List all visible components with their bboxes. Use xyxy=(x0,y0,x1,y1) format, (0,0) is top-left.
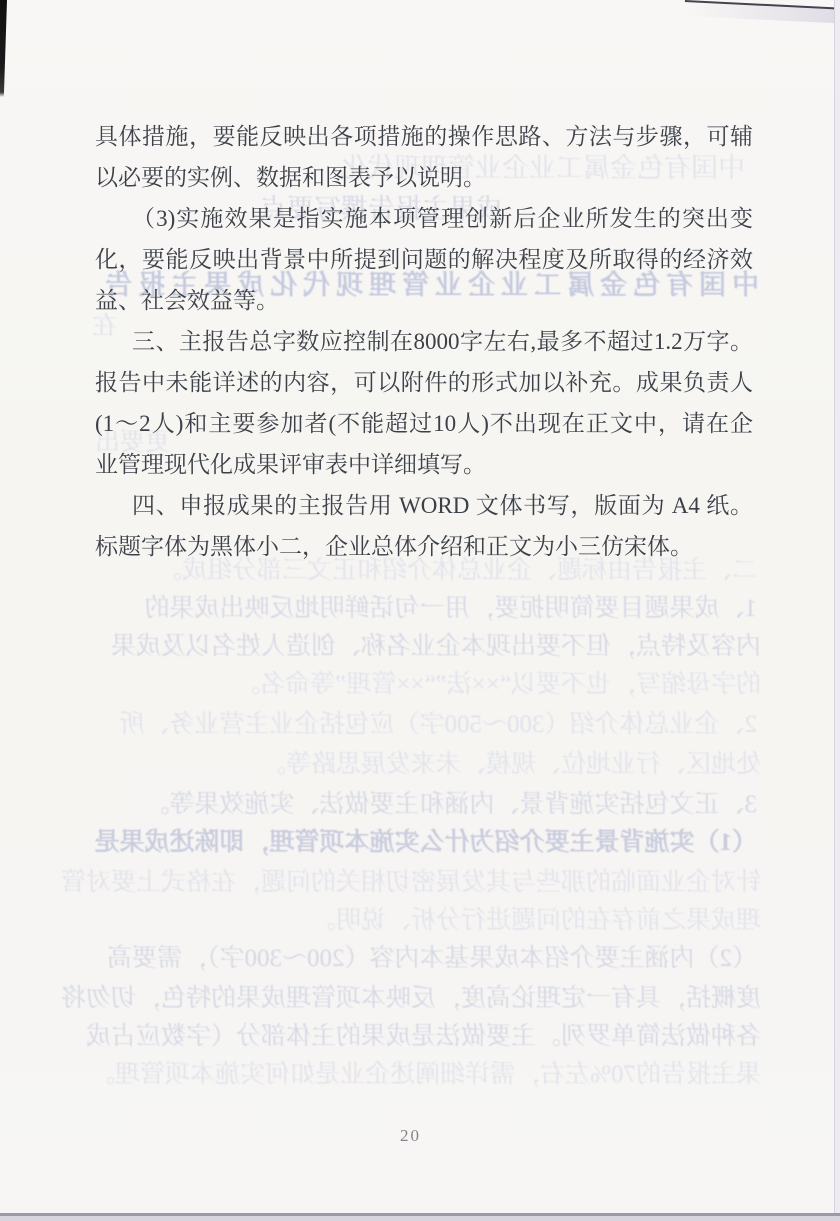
text-line: 业管理现代化成果评审表中详细填写。 xyxy=(95,444,753,485)
bleed-through-line: （2）内涵主要介绍本成果基本内容（200～300字），需要高 xyxy=(107,946,757,971)
text-line: 四、申报成果的主报告用 WORD 文体书写，版面为 A4 纸。 xyxy=(95,485,753,526)
text-line: 以必要的实例、数据和图表予以说明。 xyxy=(95,157,753,198)
text-line: 益、社会效益等。 xyxy=(95,280,753,321)
bleed-through-line: 内容及特点，但不要出现本企业名称、创造人姓名以及成果 xyxy=(111,634,761,659)
page-number: 20 xyxy=(400,1126,421,1146)
text-line: 三、主报告总字数应控制在8000字左右,最多不超过1.2万字。 xyxy=(95,321,753,362)
bleed-through-line: 理成果之前存在的问题进行分析、说明。 xyxy=(311,908,761,933)
text-line: （3)实施效果是指实施本项管理创新后企业所发生的突出变 xyxy=(95,198,753,239)
bleed-through-line: 针对企业面临的那些与其发展密切相关的问题，在格式上要对管 xyxy=(61,870,761,895)
scan-edge-left-dark-strip xyxy=(0,0,7,97)
text-line: 标题字体为黑体小二，企业总体介绍和正文为小三仿宋体。 xyxy=(95,526,753,567)
text-line: 报告中未能详述的内容，可以附件的形式加以补充。成果负责人 xyxy=(95,362,753,403)
bleed-through-line: 2、企业总体介绍（300～500字）应包括企业主营业务、所 xyxy=(119,712,757,737)
text-line: 具体措施，要能反映出各项措施的操作思路、方法与步骤，可辅 xyxy=(95,116,753,157)
bleed-through-line: 度概括，具有一定理论高度，反映本项管理成果的特色，切勿将 xyxy=(61,986,761,1011)
bleed-through-line: 3、正文包括实施背景、内涵和主要做法、实施效果等。 xyxy=(144,792,757,817)
bleed-through-line: 各种做法简单罗列。主要做法是成果的主体部分（字数应占成 xyxy=(86,1024,761,1049)
bleed-through-line: 果主报告的70%左右，需详细阐述企业是如何实施本项管理。 xyxy=(90,1062,761,1087)
scan-edge-bottom-strip xyxy=(0,1216,840,1221)
bleed-through-line: 1、成果题目要简明扼要，用一句话鲜明地反映出成果的 xyxy=(144,596,757,621)
document-text-block: 具体措施，要能反映出各项措施的操作思路、方法与步骤，可辅以必要的实例、数据和图表… xyxy=(95,116,753,567)
scan-edge-right-strip xyxy=(834,0,840,1221)
bleed-through-line: （1）实施背景主要介绍为什么实施本项管理，即陈述成果是 xyxy=(94,830,757,855)
text-line: 化，要能反映出背景中所提到问题的解决程度及所取得的经济效 xyxy=(95,239,753,280)
text-line: (1～2人)和主要参加者(不能超过10人)不出现在正文中，请在企 xyxy=(95,403,753,444)
bleed-through-line: 处地区、行业地位、规模、未来发展思路等。 xyxy=(261,752,761,777)
bleed-through-line: 的字母缩写，也不要以“××法”“××管理”等命名。 xyxy=(235,672,761,697)
scanned-page: 中国有色金属工业企业管理现代化成果主报告撰写要点中国有色金属工业企业管理现代化成… xyxy=(0,0,840,1221)
